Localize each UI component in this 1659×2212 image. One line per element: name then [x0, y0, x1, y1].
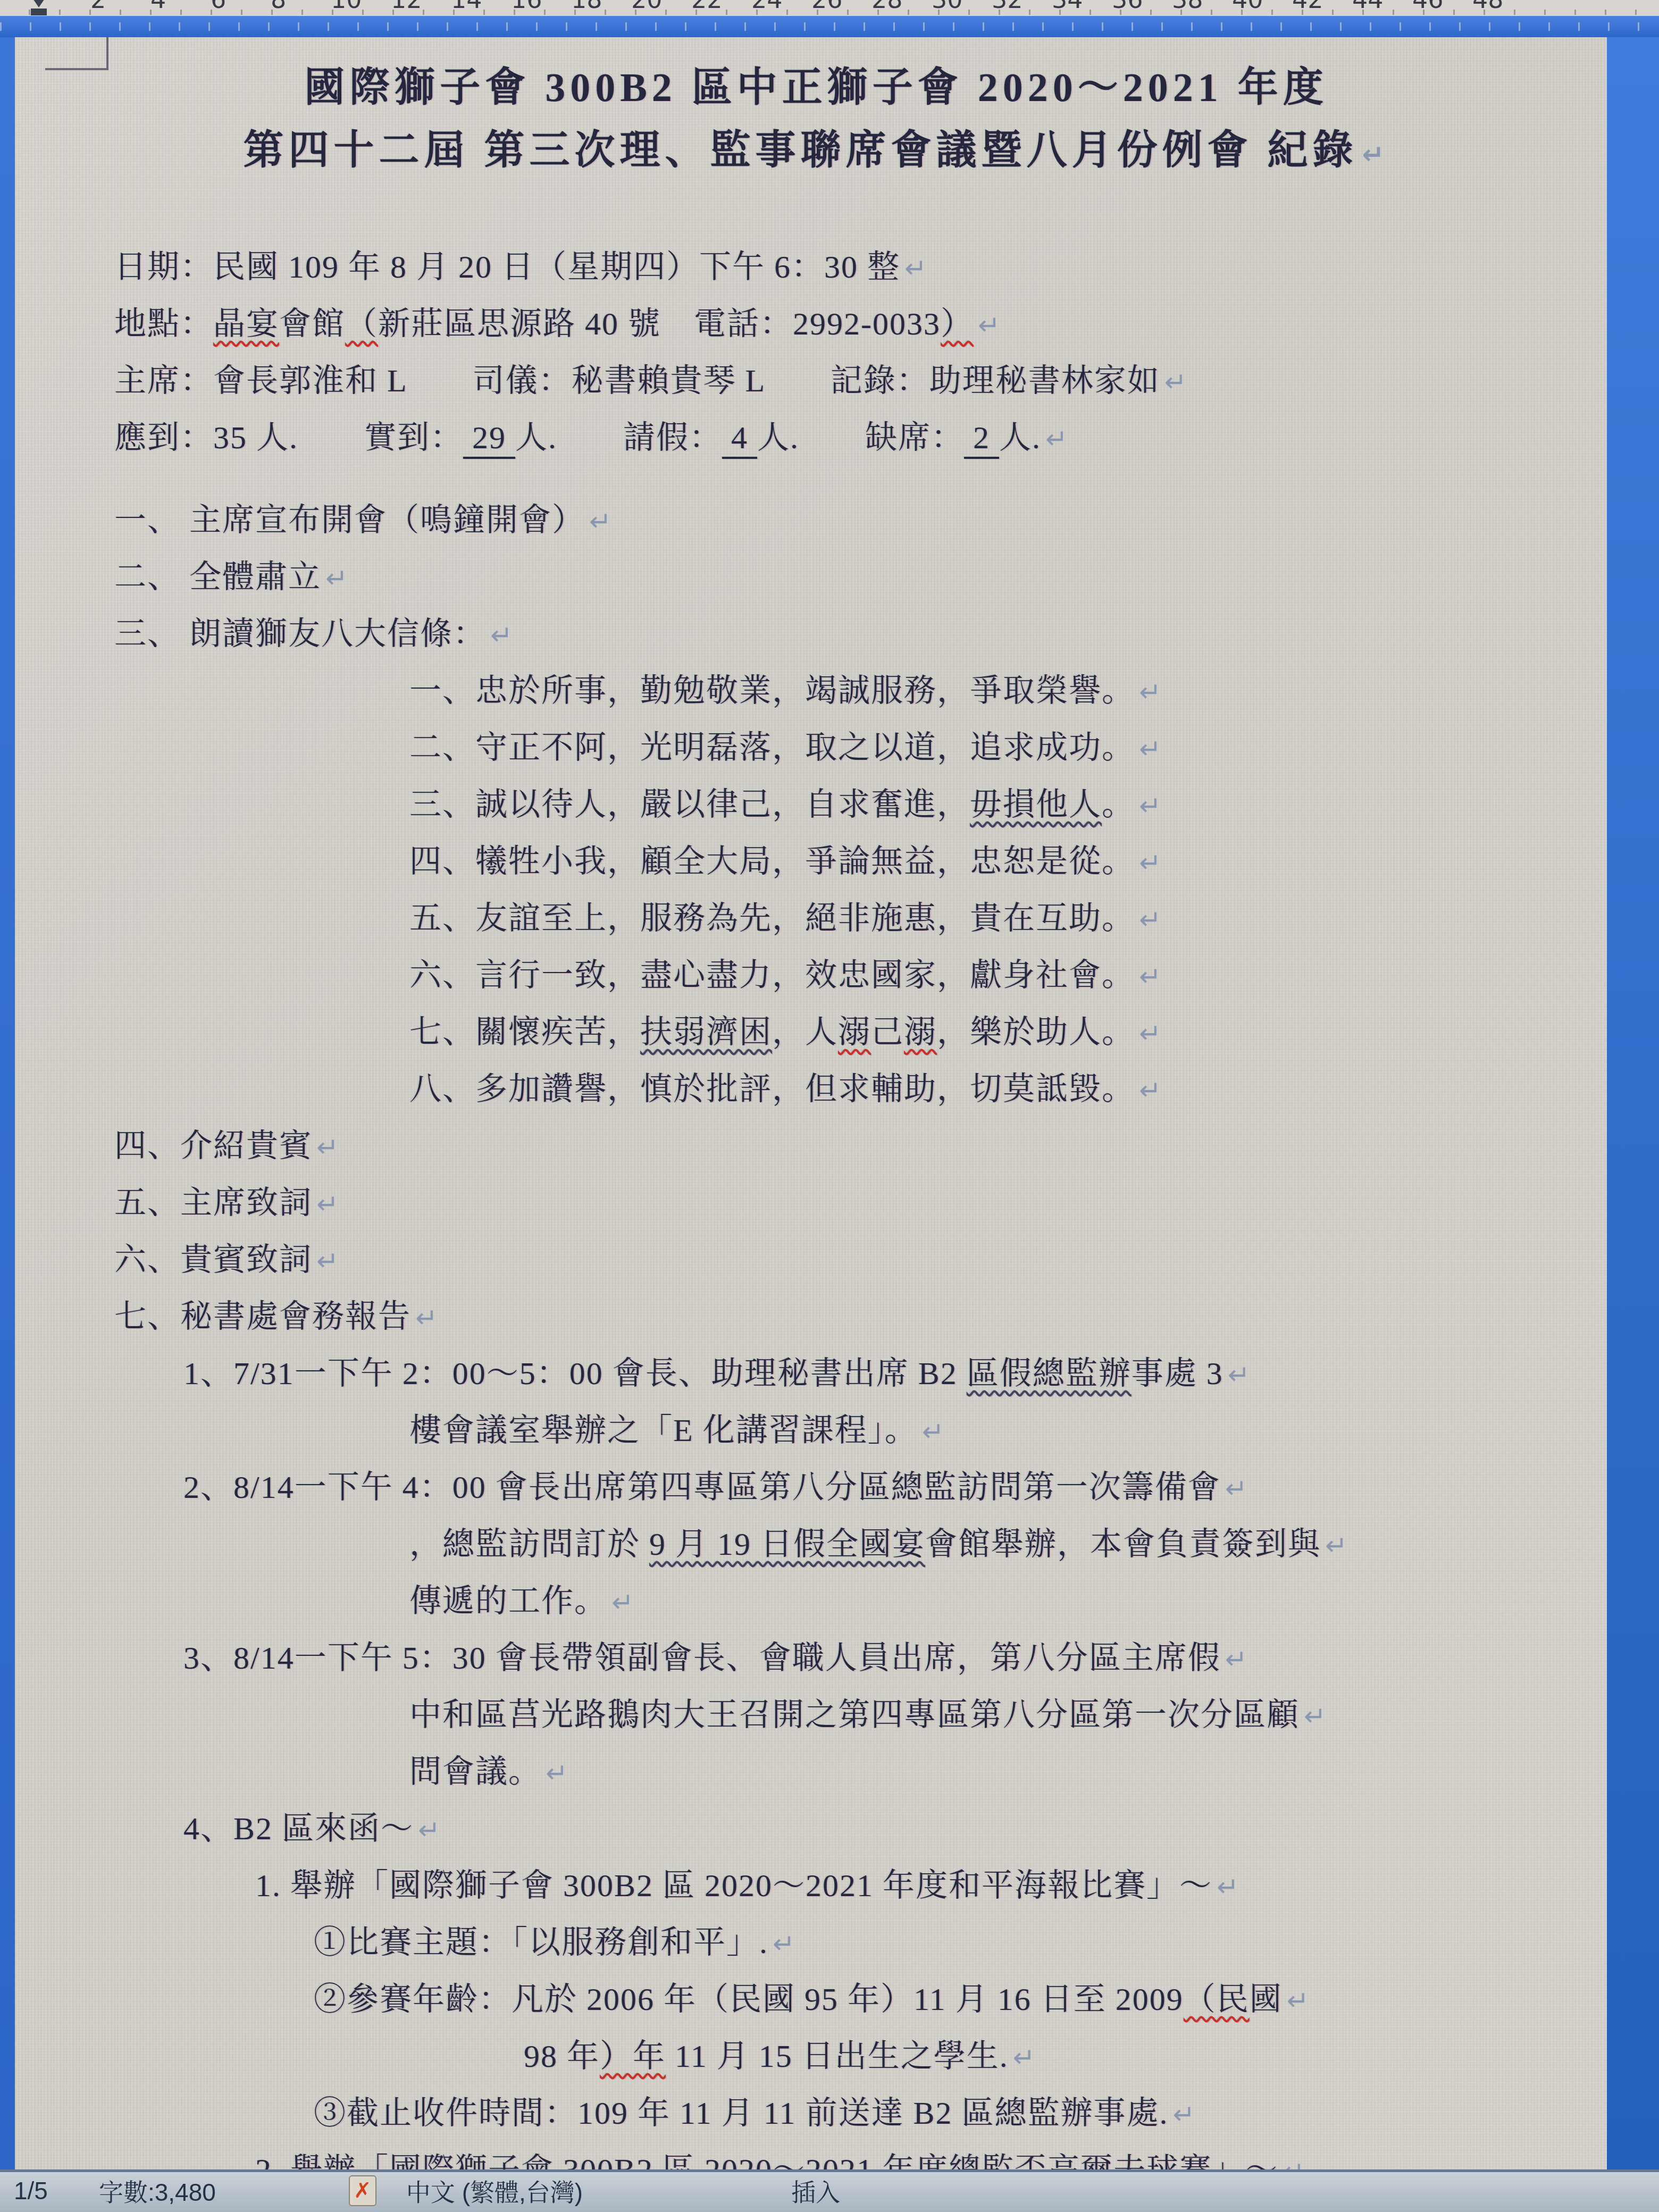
document-line: ③截止收件時間：109 年 11 月 11 前送達 B2 區總監辦事處.↵ — [314, 2085, 1518, 2142]
text-run: 六、貴賓致詞 — [114, 1242, 312, 1277]
text-run: 日期：民國 109 年 8 月 20 日（星期四）下午 6：30 整 — [114, 249, 900, 284]
pilcrow-mark: ↵ — [1304, 1701, 1327, 1732]
ruler-numbers: 2468101214161820222426283032343638404244… — [90, 0, 1532, 15]
text-run: 應到：35 人. 實到： — [114, 420, 463, 455]
text-run: 七、關懷疾苦， — [409, 1015, 640, 1050]
status-bar: 1/5 字數:3,480 ✗ 中文 (繁體,台灣) 插入 — [0, 2169, 1659, 2212]
text-run: 二、守正不阿，光明磊落，取之以道，追求成功。 — [409, 730, 1135, 765]
text-run: ②參賽年齡：凡於 2006 年（民國 95 年）11 月 16 日至 2009 — [314, 1982, 1184, 2017]
text-run: ，人 — [772, 1015, 838, 1050]
ruler-number: 42 — [1292, 0, 1352, 15]
ruler-number: 30 — [932, 0, 992, 15]
document-line: 傳遞的工作。↵ — [409, 1573, 1518, 1630]
document-line: 國際獅子會 300B2 區中正獅子會 2020～2021 年度 — [114, 56, 1518, 119]
pilcrow-mark: ↵ — [1173, 2099, 1196, 2130]
pilcrow-mark: ↵ — [1139, 791, 1162, 822]
text-run: 毋損他人 — [970, 787, 1102, 822]
ruler-number: 44 — [1352, 0, 1412, 15]
document-line: 中和區莒光路鵝肉大王召開之第四專區第八分區第一次分區顧↵ — [409, 1687, 1518, 1744]
text-run: 二、 全體肅立 — [114, 559, 321, 594]
insert-mode-indicator: 插入 — [791, 2173, 840, 2208]
text-run: 傳遞的工作。 — [409, 1583, 607, 1619]
text-run: 國際獅子會 300B2 區中正獅子會 2020～2021 年度 — [304, 65, 1328, 110]
document-line: 四、犧牲小我，顧全大局，爭論無益，忠恕是從。↵ — [409, 834, 1518, 891]
text-run: ） — [941, 306, 974, 341]
text-run: （ — [345, 306, 378, 341]
pilcrow-mark: ↵ — [1013, 2042, 1036, 2073]
text-run: 晶宴 — [213, 306, 279, 341]
text-run: 七、秘書處會務報告 — [114, 1299, 411, 1334]
text-run: 八、多加讚譽，慎於批評，但求輔助，切莫詆毀。 — [409, 1071, 1135, 1107]
text-run: 三、 朗讀獅友八大信條： — [114, 616, 486, 651]
text-run: ，樂於助人。 — [937, 1015, 1135, 1050]
pilcrow-mark: ↵ — [1139, 734, 1162, 765]
text-run: （民 — [1184, 1982, 1250, 2017]
document-line: 五、友誼至上，服務為先，絕非施惠，貴在互助。↵ — [409, 891, 1518, 948]
document-line: 三、 朗讀獅友八大信條：↵ — [114, 606, 1518, 663]
document-line: ，總監訪問訂於 9 月 19 日假全國宴會館舉辦，本會負責簽到與↵ — [409, 1516, 1518, 1573]
text-run: ①比賽主題：「以服務創和平」. — [314, 1925, 768, 1960]
window-frame-top — [0, 16, 1659, 37]
ruler-number: 48 — [1472, 0, 1532, 15]
pilcrow-mark: ↵ — [1045, 424, 1069, 455]
pilcrow-mark: ↵ — [490, 620, 514, 651]
ruler-number: 46 — [1412, 0, 1472, 15]
ruler[interactable]: 2468101214161820222426283032343638404244… — [0, 0, 1659, 16]
window-frame-right — [1607, 37, 1659, 2169]
text-run: 溺 — [904, 1015, 937, 1050]
window-frame-left — [0, 37, 15, 2169]
pilcrow-mark: ↵ — [1139, 848, 1162, 878]
document-line: 二、守正不阿，光明磊落，取之以道，追求成功。↵ — [409, 720, 1518, 777]
indent-marker-icon[interactable] — [28, 0, 51, 16]
document-line: 地點：晶宴會館（新莊區思源路 40 號 電話：2992-0033）↵ — [114, 296, 1518, 353]
pilcrow-mark: ↵ — [418, 1815, 441, 1846]
document-line: 八、多加讚譽，慎於批評，但求輔助，切莫詆毀。↵ — [409, 1061, 1518, 1118]
text-run: 人. 缺席： — [757, 420, 964, 455]
text-run: 會館 — [279, 306, 345, 341]
pilcrow-mark: ↵ — [773, 1929, 796, 1959]
text-run: ③截止收件時間：109 年 11 月 11 前送達 B2 區總監辦事處. — [314, 2096, 1169, 2131]
ruler-number: 8 — [271, 0, 331, 15]
document-line: 五、主席致詞↵ — [114, 1175, 1518, 1232]
pilcrow-mark: ↵ — [1228, 1360, 1251, 1390]
pilcrow-mark: ↵ — [1362, 139, 1389, 170]
ruler-number: 26 — [811, 0, 872, 15]
ruler-number: 34 — [1052, 0, 1112, 15]
text-run: 9 月 19 日假全國宴 — [649, 1527, 925, 1562]
pilcrow-mark: ↵ — [546, 1758, 569, 1789]
ruler-number: 16 — [511, 0, 571, 15]
word-count: 字數:3,480 — [99, 2173, 216, 2208]
pilcrow-mark: ↵ — [1225, 1644, 1249, 1675]
pilcrow-mark: ↵ — [316, 1132, 340, 1163]
text-run: 問會議。 — [409, 1754, 541, 1789]
document-line: ①比賽主題：「以服務創和平」.↵ — [314, 1915, 1518, 1972]
text-run: 。 — [1102, 787, 1135, 822]
text-run: 區假總監辦 — [967, 1356, 1132, 1391]
text-run: 2、8/14一下午 4：00 會長出席第四專區第八分區總監訪問第一次籌備會 — [183, 1470, 1221, 1505]
ruler-number: 28 — [872, 0, 932, 15]
pilcrow-mark: ↵ — [1139, 1018, 1162, 1049]
document-line: 1. 舉辦「國際獅子會 300B2 區 2020～2021 年度和平海報比賽」～… — [255, 1858, 1518, 1915]
ruler-number: 40 — [1232, 0, 1292, 15]
text-run: 地點： — [114, 306, 213, 341]
document-line: 日期：民國 109 年 8 月 20 日（星期四）下午 6：30 整↵ — [114, 239, 1518, 296]
document-line: 一、忠於所事，勤勉敬業，竭誠服務，爭取榮譽。↵ — [409, 663, 1518, 720]
pilcrow-mark: ↵ — [922, 1417, 945, 1447]
text-run: 4 — [722, 420, 757, 455]
text-run: 11 月 15 日出生之學生. — [666, 2039, 1009, 2074]
text-run: 1. 舉辦「國際獅子會 300B2 區 2020～2021 年度和平海報比賽」～ — [255, 1868, 1212, 1903]
text-run: 五、友誼至上，服務為先，絕非施惠，貴在互助。 — [409, 901, 1135, 936]
document-line: 1、7/31一下午 2：00～5：00 會長、助理秘書出席 B2 區假總監辦事處… — [183, 1346, 1518, 1403]
document-text: 國際獅子會 300B2 區中正獅子會 2020～2021 年度第四十二屆 第三次… — [114, 56, 1518, 2199]
spell-x-glyph: ✗ — [354, 2180, 372, 2201]
text-run: 事處 3 — [1132, 1356, 1224, 1391]
document-line: 七、關懷疾苦，扶弱濟困，人溺己溺，樂於助人。↵ — [409, 1004, 1518, 1061]
pilcrow-mark: ↵ — [1139, 1075, 1162, 1106]
pilcrow-mark: ↵ — [325, 563, 349, 594]
ruler-number: 10 — [331, 0, 391, 15]
pilcrow-mark: ↵ — [1225, 1473, 1249, 1504]
pilcrow-mark: ↵ — [978, 310, 1001, 341]
text-run: ）年 — [600, 2039, 666, 2074]
pilcrow-mark: ↵ — [415, 1303, 439, 1334]
document-line: 一、 主席宣布開會（鳴鐘開會）↵ — [114, 492, 1518, 549]
ruler-ticks — [0, 22, 1659, 31]
document-line: 2、8/14一下午 4：00 會長出席第四專區第八分區總監訪問第一次籌備會↵ — [183, 1460, 1518, 1516]
text-run: 29 — [463, 420, 515, 455]
ruler-number: 22 — [691, 0, 751, 15]
text-run: 新莊區思源路 40 號 電話：2992-0033 — [378, 306, 941, 341]
document-page[interactable]: 國際獅子會 300B2 區中正獅子會 2020～2021 年度第四十二屆 第三次… — [15, 37, 1607, 2169]
text-run: 會館舉辦，本會負責簽到與 — [925, 1527, 1321, 1562]
ruler-number: 38 — [1172, 0, 1232, 15]
text-run: 己 — [871, 1015, 904, 1050]
text-run: 四、介紹貴賓 — [114, 1128, 312, 1163]
document-line: 六、貴賓致詞↵ — [114, 1232, 1518, 1289]
text-run: 五、主席致詞 — [114, 1185, 312, 1220]
ruler-number: 6 — [211, 0, 271, 15]
document-line: 二、 全體肅立↵ — [114, 549, 1518, 606]
document-line: 3、8/14一下午 5：30 會長帶領副會長、會職人員出席，第八分區主席假↵ — [183, 1630, 1518, 1687]
ruler-number: 2 — [90, 0, 150, 15]
document-line: 六、言行一致，盡心盡力，效忠國家，獻身社會。↵ — [409, 948, 1518, 1004]
text-run: 第四十二屆 第三次理、監事聯席會議暨八月份例會 紀錄 — [244, 128, 1358, 173]
text-run: 1、7/31一下午 2：00～5：00 會長、助理秘書出席 B2 — [183, 1356, 967, 1391]
document-line: 應到：35 人. 實到： 29 人. 請假： 4 人. 缺席： 2 人.↵ — [114, 410, 1518, 467]
text-run: 一、 主席宣布開會（鳴鐘開會） — [114, 502, 585, 538]
ruler-number: 24 — [751, 0, 811, 15]
pilcrow-mark: ↵ — [1217, 1872, 1240, 1903]
pilcrow-mark: ↵ — [611, 1587, 635, 1618]
document-line: 第四十二屆 第三次理、監事聯席會議暨八月份例會 紀錄↵ — [114, 119, 1518, 186]
pilcrow-mark: ↵ — [1325, 1530, 1348, 1561]
document-line: 98 年）年 11 月 15 日出生之學生.↵ — [524, 2029, 1518, 2085]
text-run: 3、8/14一下午 5：30 會長帶領副會長、會職人員出席，第八分區主席假 — [183, 1640, 1221, 1675]
text-run: 主席：會長郭淮和 L 司儀：秘書賴貴琴 L 記錄：助理秘書林家如 — [114, 363, 1160, 398]
screen: 2468101214161820222426283032343638404244… — [0, 0, 1659, 2212]
pilcrow-mark: ↵ — [1139, 904, 1162, 935]
document-line: 4、B2 區來函～↵ — [183, 1801, 1518, 1858]
ruler-number: 36 — [1112, 0, 1172, 15]
text-run: 4、B2 區來函～ — [183, 1811, 414, 1846]
text-run: 人. 請假： — [515, 420, 722, 455]
page-indicator: 1/5 — [14, 2176, 48, 2205]
pilcrow-mark: ↵ — [1287, 1985, 1310, 2016]
text-run: ，總監訪問訂於 — [409, 1527, 649, 1562]
ruler-number: 32 — [992, 0, 1052, 15]
ruler-number: 14 — [451, 0, 511, 15]
pilcrow-mark: ↵ — [1139, 961, 1162, 992]
text-run: 溺 — [838, 1015, 871, 1050]
text-run: 六、言行一致，盡心盡力，效忠國家，獻身社會。 — [409, 958, 1135, 993]
text-run: 人. — [999, 420, 1041, 455]
pilcrow-mark: ↵ — [316, 1189, 340, 1220]
text-run: 三、誠以待人，嚴以律己，自求奮進， — [409, 787, 970, 822]
text-run: 98 年 — [524, 2039, 600, 2074]
text-run: 扶弱濟困 — [640, 1015, 772, 1050]
text-run: 國 — [1250, 1982, 1283, 2017]
ruler-number: 18 — [571, 0, 631, 15]
text-boundary-corner — [45, 37, 108, 70]
document-line: 樓會議室舉辦之「E 化講習課程」。↵ — [409, 1403, 1518, 1460]
text-run: 樓會議室舉辦之「E 化講習課程」。 — [409, 1413, 918, 1448]
pilcrow-mark: ↵ — [316, 1246, 340, 1277]
spelling-status-icon[interactable]: ✗ — [349, 2175, 376, 2206]
text-run: 2 — [964, 420, 999, 455]
pilcrow-mark: ↵ — [589, 506, 613, 537]
text-run: 一、忠於所事，勤勉敬業，竭誠服務，爭取榮譽。 — [409, 673, 1135, 708]
pilcrow-mark: ↵ — [904, 253, 928, 284]
ruler-number: 20 — [631, 0, 691, 15]
document-line: 主席：會長郭淮和 L 司儀：秘書賴貴琴 L 記錄：助理秘書林家如↵ — [114, 353, 1518, 410]
document-line: 七、秘書處會務報告↵ — [114, 1289, 1518, 1346]
document-line: ②參賽年齡：凡於 2006 年（民國 95 年）11 月 16 日至 2009（… — [314, 1972, 1518, 2029]
ruler-number: 4 — [150, 0, 211, 15]
language-indicator[interactable]: 中文 (繁體,台灣) — [406, 2173, 583, 2208]
text-run: 中和區莒光路鵝肉大王召開之第四專區第八分區第一次分區顧 — [409, 1697, 1300, 1732]
text-run: 四、犧牲小我，顧全大局，爭論無益，忠恕是從。 — [409, 844, 1135, 879]
ruler-number: 12 — [391, 0, 451, 15]
document-line: 三、誠以待人，嚴以律己，自求奮進，毋損他人。↵ — [409, 777, 1518, 834]
pilcrow-mark: ↵ — [1164, 367, 1188, 398]
document-line: 四、介紹貴賓↵ — [114, 1118, 1518, 1175]
pilcrow-mark: ↵ — [1139, 677, 1162, 708]
document-line: 問會議。↵ — [409, 1744, 1518, 1801]
